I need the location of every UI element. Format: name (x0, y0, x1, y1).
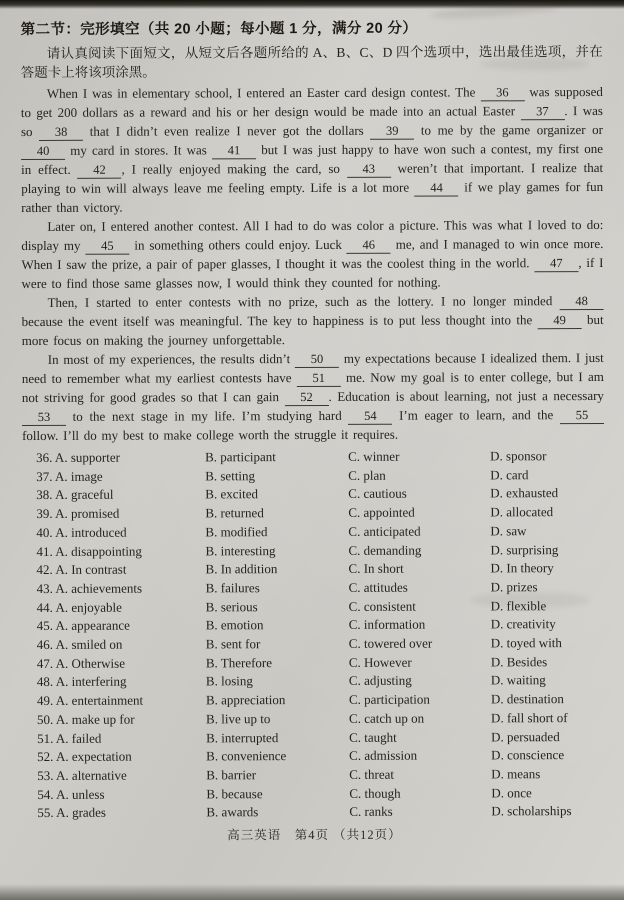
question-cell-first: 39. A. promised (36, 504, 205, 523)
option-b: B. interrupted (206, 728, 349, 747)
question-number: 38. (36, 487, 55, 502)
option-d: D. card (490, 466, 604, 485)
question-row: 47. A. OtherwiseB. ThereforeC. HoweverD.… (37, 653, 605, 674)
question-row: 38. A. gracefulB. excitedC. cautiousD. e… (36, 484, 604, 505)
option-a: A. In contrast (55, 562, 126, 577)
option-b: B. convenience (206, 747, 349, 766)
option-c: C. demanding (348, 541, 490, 560)
question-row: 50. A. make up forB. live up toC. catch … (37, 709, 605, 730)
scan-edge-bottom (0, 884, 624, 900)
option-b: B. barrier (206, 766, 349, 785)
question-number: 44. (37, 600, 56, 615)
option-b: B. failures (206, 579, 349, 598)
question-row: 44. A. enjoyableB. seriousC. consistentD… (37, 597, 605, 618)
option-a: A. image (55, 468, 103, 483)
option-d: D. fall short of (491, 709, 605, 728)
option-d: D. scholarships (491, 802, 605, 821)
question-number: 54. (37, 787, 56, 802)
option-d: D. In theory (490, 559, 604, 578)
passage-paragraph: In most of my experiences, the results d… (22, 348, 604, 445)
option-a: A. grades (56, 805, 106, 820)
option-a: A. supporter (55, 450, 120, 465)
blank-54: 54 (348, 409, 392, 425)
option-b: B. losing (206, 672, 349, 691)
passage-paragraph: Then, I started to enter contests with n… (22, 291, 604, 350)
option-c: C. admission (349, 747, 491, 766)
option-d: D. means (491, 765, 605, 784)
option-d: D. creativity (491, 615, 605, 634)
question-row: 39. A. promisedB. returnedC. appointedD.… (36, 503, 604, 524)
question-row: 55. A. gradesB. awardsC. ranksD. scholar… (37, 802, 605, 823)
question-number: 51. (37, 730, 56, 745)
question-row: 37. A. imageB. settingC. planD. card (36, 466, 604, 487)
option-a: A. smiled on (56, 637, 123, 652)
option-c: C. adjusting (349, 672, 491, 691)
option-c: C. winner (348, 447, 490, 466)
option-c: C. appointed (348, 503, 490, 522)
question-row: 46. A. smiled onB. sent forC. towered ov… (37, 634, 605, 655)
option-b: B. awards (206, 803, 349, 822)
question-number: 42. (36, 562, 55, 577)
question-cell-first: 37. A. image (36, 467, 205, 486)
question-cell-first: 48. A. interfering (37, 673, 206, 692)
option-b: B. In addition (205, 560, 348, 579)
question-cell-first: 45. A. appearance (37, 617, 206, 636)
option-c: C. taught (349, 728, 491, 747)
question-number: 43. (37, 581, 56, 596)
question-cell-first: 46. A. smiled on (37, 635, 206, 654)
option-a: A. introduced (55, 524, 127, 539)
page-content: 第二节：完形填空（共 20 小题；每小题 1 分，满分 20 分） 请认真阅读下… (0, 0, 624, 844)
blank-36: 36 (480, 85, 524, 101)
option-b: B. live up to (206, 710, 349, 729)
option-a: A. graceful (55, 487, 114, 502)
option-c: C. catch up on (349, 709, 491, 728)
question-row: 51. A. failedB. interruptedC. taughtD. p… (37, 728, 605, 749)
option-b: B. returned (205, 504, 348, 523)
option-c: C. plan (348, 466, 490, 485)
question-cell-first: 51. A. failed (37, 729, 206, 748)
question-number: 48. (37, 674, 56, 689)
blank-48: 48 (560, 294, 604, 310)
blank-41: 41 (212, 143, 256, 159)
question-cell-first: 40. A. introduced (36, 523, 205, 542)
blank-51: 51 (297, 371, 341, 387)
question-cell-first: 52. A. expectation (37, 748, 206, 767)
option-a: A. appearance (55, 618, 129, 633)
option-d: D. allocated (490, 503, 604, 522)
option-b: B. participant (205, 448, 348, 467)
option-c: C. towered over (349, 634, 491, 653)
question-cell-first: 55. A. grades (37, 804, 206, 823)
option-c: C. information (349, 616, 491, 635)
question-cell-first: 49. A. entertainment (37, 692, 206, 711)
question-row: 54. A. unlessB. becauseC. thoughD. once (37, 784, 605, 805)
option-d: D. Besides (491, 653, 605, 672)
option-a: A. entertainment (56, 693, 143, 708)
option-d: D. toyed with (491, 634, 605, 653)
option-b: B. Therefore (206, 654, 349, 673)
question-number: 36. (36, 450, 55, 465)
question-row: 52. A. expectationB. convenienceC. admis… (37, 746, 605, 767)
option-c: C. threat (349, 765, 491, 784)
question-cell-first: 42. A. In contrast (36, 561, 205, 580)
blank-42: 42 (78, 163, 122, 179)
blank-53: 53 (22, 410, 66, 426)
option-b: B. interesting (205, 541, 348, 560)
option-d: D. conscience (491, 746, 605, 765)
question-number: 47. (37, 656, 56, 671)
blank-55: 55 (560, 408, 604, 424)
option-a: A. make up for (56, 711, 135, 726)
passage-paragraph: When I was in elementary school, I enter… (21, 82, 603, 217)
option-a: A. failed (56, 730, 102, 745)
question-cell-first: 53. A. alternative (37, 766, 206, 785)
question-number: 46. (37, 637, 56, 652)
blank-39: 39 (370, 124, 414, 140)
question-number: 55. (37, 805, 56, 820)
option-b: B. serious (206, 597, 349, 616)
blank-40: 40 (21, 144, 65, 160)
option-d: D. once (491, 784, 605, 803)
passage-paragraph: Later on, I entered another contest. All… (21, 215, 603, 293)
blank-46: 46 (347, 238, 391, 254)
question-row: 48. A. interferingB. losingC. adjustingD… (37, 671, 605, 692)
option-c: C. cautious (348, 485, 490, 504)
option-d: D. flexible (491, 597, 605, 616)
passage: When I was in elementary school, I enter… (21, 82, 604, 445)
question-row: 42. A. In contrastB. In additionC. In sh… (36, 559, 604, 580)
blank-52: 52 (285, 390, 329, 406)
question-number: 39. (36, 506, 55, 521)
option-d: D. sponsor (490, 447, 604, 466)
option-c: C. ranks (349, 803, 491, 822)
question-number: 41. (36, 543, 55, 558)
blank-44: 44 (415, 180, 459, 196)
question-number: 49. (37, 693, 56, 708)
question-row: 40. A. introducedB. modifiedC. anticipat… (36, 522, 604, 543)
blank-49: 49 (538, 313, 582, 329)
instructions: 请认真阅读下面短文，从短文后各题所给的 A、B、C、D 四个选项中，选出最佳选项… (21, 42, 603, 82)
question-row: 41. A. disappointingB. interestingC. dem… (36, 540, 604, 561)
option-a: A. enjoyable (55, 599, 121, 614)
question-row: 45. A. appearanceB. emotionC. informatio… (37, 615, 605, 636)
option-a: A. promised (55, 506, 119, 521)
question-number: 50. (37, 712, 56, 727)
question-cell-first: 41. A. disappointing (36, 542, 205, 561)
question-number: 45. (37, 618, 56, 633)
option-c: C. However (349, 653, 491, 672)
option-a: A. Otherwise (56, 655, 125, 670)
option-d: D. exhausted (490, 484, 604, 503)
option-b: B. modified (205, 523, 348, 542)
option-b: B. excited (205, 485, 348, 504)
page-footer: 高三英语 第4页 （共12页） (23, 824, 605, 844)
question-cell-first: 54. A. unless (37, 785, 206, 804)
option-d: D. persuaded (491, 728, 605, 747)
question-number: 37. (36, 469, 55, 484)
option-c: C. participation (349, 691, 491, 710)
question-cell-first: 36. A. supporter (36, 448, 205, 467)
blank-37: 37 (520, 104, 564, 120)
blank-38: 38 (39, 125, 83, 141)
question-cell-first: 38. A. graceful (36, 486, 205, 505)
question-number: 52. (37, 749, 56, 764)
option-d: D. waiting (491, 671, 605, 690)
section-heading: 第二节：完形填空（共 20 小题；每小题 1 分，满分 20 分） (21, 16, 603, 39)
option-c: C. though (349, 784, 491, 803)
option-d: D. destination (491, 690, 605, 709)
blank-45: 45 (85, 239, 129, 255)
question-row: 43. A. achievementsB. failuresC. attitud… (37, 578, 605, 599)
option-c: C. consistent (349, 597, 491, 616)
option-c: C. In short (348, 560, 490, 579)
option-a: A. expectation (56, 749, 132, 764)
option-b: B. emotion (206, 616, 349, 635)
blank-47: 47 (534, 256, 578, 272)
question-list: 36. A. supporterB. participantC. winnerD… (22, 447, 605, 823)
option-a: A. disappointing (55, 543, 142, 558)
option-a: A. alternative (56, 768, 127, 783)
option-a: A. unless (56, 786, 104, 801)
exam-page: 第二节：完形填空（共 20 小题；每小题 1 分，满分 20 分） 请认真阅读下… (0, 0, 624, 900)
question-cell-first: 50. A. make up for (37, 710, 206, 729)
option-c: C. anticipated (348, 522, 490, 541)
option-d: D. saw (490, 522, 604, 541)
option-a: A. achievements (55, 581, 142, 596)
option-d: D. prizes (491, 578, 605, 597)
question-cell-first: 43. A. achievements (37, 579, 206, 598)
question-number: 40. (36, 525, 55, 540)
question-row: 53. A. alternativeB. barrierC. threatD. … (37, 765, 605, 786)
question-row: 49. A. entertainmentB. appreciationC. pa… (37, 690, 605, 711)
question-row: 36. A. supporterB. participantC. winnerD… (36, 447, 604, 468)
question-cell-first: 47. A. Otherwise (37, 654, 206, 673)
question-number: 53. (37, 768, 56, 783)
option-b: B. sent for (206, 635, 349, 654)
question-cell-first: 44. A. enjoyable (37, 598, 206, 617)
option-a: A. interfering (56, 674, 127, 689)
blank-50: 50 (295, 352, 339, 368)
blank-43: 43 (347, 162, 391, 178)
option-d: D. surprising (490, 540, 604, 559)
option-b: B. because (206, 785, 349, 804)
option-b: B. appreciation (206, 691, 349, 710)
option-b: B. setting (205, 467, 348, 486)
option-c: C. attitudes (349, 578, 491, 597)
